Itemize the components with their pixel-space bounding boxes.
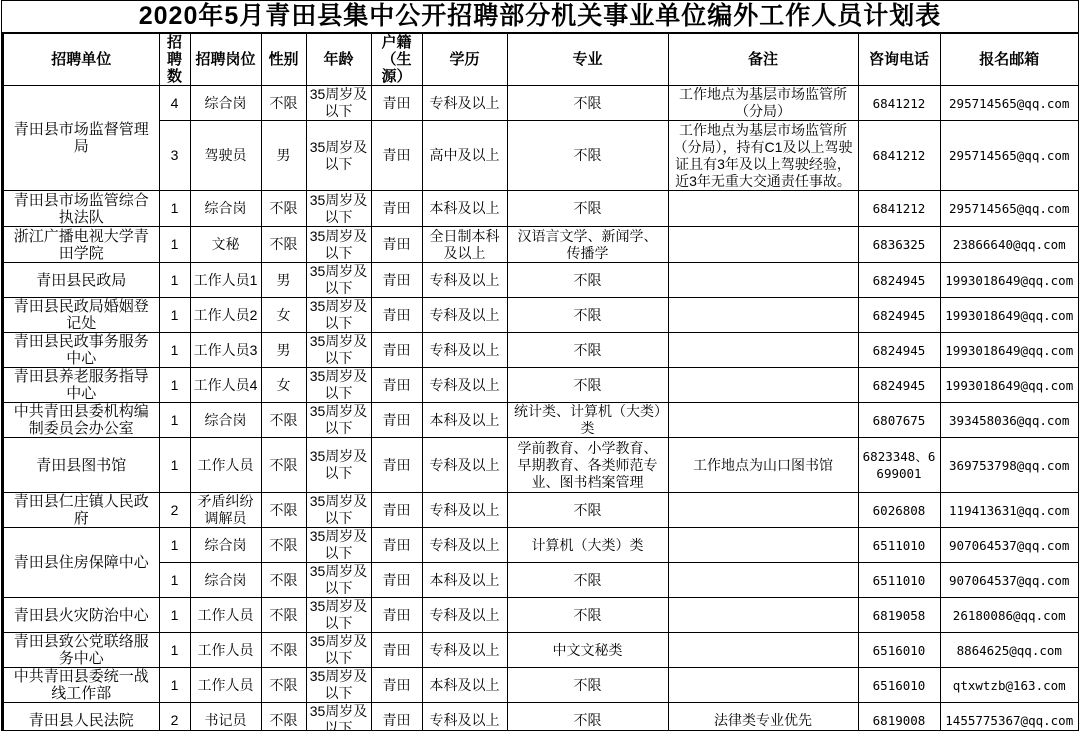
cell-age: 35周岁及以下: [306, 633, 371, 668]
cell-email: 8864625@qq.com: [940, 633, 1079, 668]
cell-education: 专科及以上: [422, 438, 507, 493]
cell-remark: [668, 598, 858, 633]
cell-phone: 6841212: [858, 191, 940, 227]
cell-count: 3: [159, 121, 190, 191]
cell-major: 不限: [507, 86, 668, 121]
cell-age: 35周岁及以下: [306, 598, 371, 633]
cell-unit: 青田县市场监督管理局: [3, 86, 159, 191]
col-header-age: 年龄: [306, 33, 371, 86]
cell-remark: 法律类专业优先: [668, 703, 858, 732]
cell-education: 本科及以上: [422, 563, 507, 598]
table-row: 青田县致公党联络服务中心 1 工作人员 不限 35周岁及以下 青田 专科及以上 …: [3, 633, 1079, 668]
cell-age: 35周岁及以下: [306, 121, 371, 191]
cell-major: 计算机（大类）类: [507, 528, 668, 563]
cell-unit: 青田县致公党联络服务中心: [3, 633, 159, 668]
table-row: 中共青田县委统一战线工作部 1 工作人员 不限 35周岁及以下 青田 本科及以上…: [3, 668, 1079, 703]
cell-count: 1: [159, 333, 190, 368]
cell-education: 专科及以上: [422, 528, 507, 563]
cell-position: 驾驶员: [190, 121, 261, 191]
cell-position: 工作人员4: [190, 368, 261, 403]
cell-count: 2: [159, 493, 190, 528]
cell-gender: 不限: [261, 598, 306, 633]
cell-education: 专科及以上: [422, 86, 507, 121]
cell-gender: 不限: [261, 633, 306, 668]
cell-gender: 不限: [261, 86, 306, 121]
cell-registration: 青田: [371, 563, 422, 598]
cell-age: 35周岁及以下: [306, 191, 371, 227]
cell-remark: 工作地点为基层市场监管所（分局）: [668, 86, 858, 121]
cell-remark: [668, 528, 858, 563]
recruitment-table: 招聘单位 招聘数 招聘岗位 性别 年龄 户籍（生源） 学历 专业 备注 咨询电话…: [2, 32, 1079, 731]
page-title: 2020年5月青田县集中公开招聘部分机关事业单位编外工作人员计划表: [2, 1, 1078, 32]
col-header-remark: 备注: [668, 33, 858, 86]
cell-phone: 6819058: [858, 598, 940, 633]
cell-major: 不限: [507, 121, 668, 191]
col-header-registration: 户籍（生源）: [371, 33, 422, 86]
cell-position: 综合岗: [190, 403, 261, 438]
cell-phone: 6511010: [858, 528, 940, 563]
cell-unit: 浙江广播电视大学青田学院: [3, 227, 159, 263]
cell-age: 35周岁及以下: [306, 563, 371, 598]
cell-major: 不限: [507, 598, 668, 633]
table-row: 青田县市场监管综合执法队 1 综合岗 不限 35周岁及以下 青田 本科及以上 不…: [3, 191, 1079, 227]
cell-gender: 男: [261, 333, 306, 368]
cell-count: 1: [159, 227, 190, 263]
cell-position: 工作人员3: [190, 333, 261, 368]
cell-unit: 青田县图书馆: [3, 438, 159, 493]
cell-phone: 6026808: [858, 493, 940, 528]
cell-education: 专科及以上: [422, 263, 507, 298]
cell-phone: 6841212: [858, 86, 940, 121]
cell-position: 工作人员: [190, 438, 261, 493]
cell-position: 书记员: [190, 703, 261, 732]
table-row: 青田县民政事务服务中心 1 工作人员3 男 35周岁及以下 青田 专科及以上 不…: [3, 333, 1079, 368]
cell-major: 不限: [507, 563, 668, 598]
cell-count: 1: [159, 668, 190, 703]
cell-gender: 不限: [261, 493, 306, 528]
table-row: 青田县住房保障中心 1 综合岗 不限 35周岁及以下 青田 专科及以上 计算机（…: [3, 528, 1079, 563]
cell-email: 907064537@qq.com: [940, 563, 1079, 598]
cell-remark: 工作地点为基层市场监管所（分局），持有C1及以上驾驶证且有3年及以上驾驶经验，近…: [668, 121, 858, 191]
cell-major: 不限: [507, 263, 668, 298]
table-row: 3 驾驶员 男 35周岁及以下 青田 高中及以上 不限 工作地点为基层市场监管所…: [3, 121, 1079, 191]
cell-registration: 青田: [371, 121, 422, 191]
cell-remark: [668, 563, 858, 598]
cell-registration: 青田: [371, 528, 422, 563]
cell-gender: 女: [261, 368, 306, 403]
cell-registration: 青田: [371, 86, 422, 121]
table-row: 青田县民政局 1 工作人员1 男 35周岁及以下 青田 专科及以上 不限 682…: [3, 263, 1079, 298]
col-header-count: 招聘数: [159, 33, 190, 86]
cell-age: 35周岁及以下: [306, 403, 371, 438]
cell-email: 295714565@qq.com: [940, 191, 1079, 227]
cell-position: 综合岗: [190, 86, 261, 121]
cell-remark: [668, 633, 858, 668]
col-header-unit: 招聘单位: [3, 33, 159, 86]
cell-registration: 青田: [371, 493, 422, 528]
cell-email: 119413631@qq.com: [940, 493, 1079, 528]
cell-registration: 青田: [371, 191, 422, 227]
table-row: 中共青田县委机构编制委员会办公室 1 综合岗 不限 35周岁及以下 青田 本科及…: [3, 403, 1079, 438]
col-header-education: 学历: [422, 33, 507, 86]
cell-education: 高中及以上: [422, 121, 507, 191]
cell-phone: 6824945: [858, 298, 940, 333]
cell-gender: 不限: [261, 403, 306, 438]
cell-phone: 6836325: [858, 227, 940, 263]
cell-unit: 青田县仁庄镇人民政府: [3, 493, 159, 528]
cell-education: 本科及以上: [422, 403, 507, 438]
cell-position: 综合岗: [190, 528, 261, 563]
cell-registration: 青田: [371, 263, 422, 298]
cell-age: 35周岁及以下: [306, 368, 371, 403]
cell-remark: [668, 333, 858, 368]
cell-phone: 6819008: [858, 703, 940, 732]
cell-email: 23866640@qq.com: [940, 227, 1079, 263]
cell-registration: 青田: [371, 333, 422, 368]
cell-age: 35周岁及以下: [306, 528, 371, 563]
cell-education: 专科及以上: [422, 298, 507, 333]
cell-unit: 青田县养老服务指导中心: [3, 368, 159, 403]
col-header-gender: 性别: [261, 33, 306, 86]
cell-email: 1455775367@qq.com: [940, 703, 1079, 732]
col-header-phone: 咨询电话: [858, 33, 940, 86]
cell-age: 35周岁及以下: [306, 438, 371, 493]
cell-unit: 青田县火灾防治中心: [3, 598, 159, 633]
cell-remark: [668, 298, 858, 333]
cell-phone: 6824945: [858, 263, 940, 298]
cell-unit: 青田县市场监管综合执法队: [3, 191, 159, 227]
cell-registration: 青田: [371, 368, 422, 403]
cell-major: 不限: [507, 668, 668, 703]
cell-education: 专科及以上: [422, 633, 507, 668]
cell-gender: 男: [261, 263, 306, 298]
cell-registration: 青田: [371, 703, 422, 732]
cell-gender: 不限: [261, 438, 306, 493]
cell-major: 统计类、计算机（大类）类: [507, 403, 668, 438]
cell-count: 4: [159, 86, 190, 121]
cell-registration: 青田: [371, 438, 422, 493]
cell-education: 本科及以上: [422, 668, 507, 703]
cell-age: 35周岁及以下: [306, 263, 371, 298]
cell-age: 35周岁及以下: [306, 493, 371, 528]
table-row: 1 综合岗 不限 35周岁及以下 青田 本科及以上 不限 6511010 907…: [3, 563, 1079, 598]
cell-unit: 中共青田县委机构编制委员会办公室: [3, 403, 159, 438]
cell-unit: 青田县民政局: [3, 263, 159, 298]
cell-registration: 青田: [371, 668, 422, 703]
cell-position: 工作人员: [190, 598, 261, 633]
cell-email: 1993018649@qq.com: [940, 333, 1079, 368]
table-row: 青田县图书馆 1 工作人员 不限 35周岁及以下 青田 专科及以上 学前教育、小…: [3, 438, 1079, 493]
table-row: 青田县火灾防治中心 1 工作人员 不限 35周岁及以下 青田 专科及以上 不限 …: [3, 598, 1079, 633]
cell-education: 专科及以上: [422, 368, 507, 403]
cell-major: 不限: [507, 493, 668, 528]
table-row: 青田县人民法院 2 书记员 不限 35周岁及以下 青田 专科及以上 不限 法律类…: [3, 703, 1079, 732]
cell-position: 工作人员: [190, 668, 261, 703]
cell-phone: 6516010: [858, 668, 940, 703]
cell-count: 2: [159, 703, 190, 732]
cell-major: 不限: [507, 298, 668, 333]
cell-gender: 不限: [261, 227, 306, 263]
cell-registration: 青田: [371, 227, 422, 263]
cell-remark: 工作地点为山口图书馆: [668, 438, 858, 493]
cell-major: 学前教育、小学教育、早期教育、各类师范专业、图书档案管理: [507, 438, 668, 493]
cell-age: 35周岁及以下: [306, 86, 371, 121]
cell-gender: 不限: [261, 668, 306, 703]
table-row: 青田县市场监督管理局 4 综合岗 不限 35周岁及以下 青田 专科及以上 不限 …: [3, 86, 1079, 121]
cell-email: 295714565@qq.com: [940, 86, 1079, 121]
cell-phone: 6824945: [858, 333, 940, 368]
cell-remark: [668, 263, 858, 298]
col-header-position: 招聘岗位: [190, 33, 261, 86]
cell-registration: 青田: [371, 598, 422, 633]
cell-phone: 6841212: [858, 121, 940, 191]
cell-gender: 不限: [261, 191, 306, 227]
cell-count: 1: [159, 598, 190, 633]
cell-position: 工作人员1: [190, 263, 261, 298]
cell-remark: [668, 668, 858, 703]
cell-count: 1: [159, 528, 190, 563]
cell-age: 35周岁及以下: [306, 333, 371, 368]
cell-education: 全日制本科及以上: [422, 227, 507, 263]
cell-age: 35周岁及以下: [306, 227, 371, 263]
cell-remark: [668, 191, 858, 227]
cell-email: 295714565@qq.com: [940, 121, 1079, 191]
cell-count: 1: [159, 438, 190, 493]
cell-count: 1: [159, 368, 190, 403]
cell-count: 1: [159, 263, 190, 298]
cell-position: 矛盾纠纷调解员: [190, 493, 261, 528]
cell-phone: 6823348、6699001: [858, 438, 940, 493]
cell-registration: 青田: [371, 298, 422, 333]
cell-remark: [668, 227, 858, 263]
cell-email: 907064537@qq.com: [940, 528, 1079, 563]
cell-age: 35周岁及以下: [306, 668, 371, 703]
cell-age: 35周岁及以下: [306, 703, 371, 732]
cell-unit: 青田县人民法院: [3, 703, 159, 732]
cell-email: 1993018649@qq.com: [940, 368, 1079, 403]
cell-count: 1: [159, 191, 190, 227]
col-header-major: 专业: [507, 33, 668, 86]
cell-email: 26180086@qq.com: [940, 598, 1079, 633]
cell-major: 汉语言文学、新闻学、传播学: [507, 227, 668, 263]
cell-major: 不限: [507, 368, 668, 403]
cell-position: 工作人员2: [190, 298, 261, 333]
cell-education: 本科及以上: [422, 191, 507, 227]
cell-gender: 女: [261, 298, 306, 333]
cell-phone: 6516010: [858, 633, 940, 668]
cell-gender: 男: [261, 121, 306, 191]
cell-position: 综合岗: [190, 563, 261, 598]
cell-major: 不限: [507, 703, 668, 732]
cell-unit: 青田县民政事务服务中心: [3, 333, 159, 368]
cell-education: 专科及以上: [422, 598, 507, 633]
cell-education: 专科及以上: [422, 493, 507, 528]
cell-unit: 青田县住房保障中心: [3, 528, 159, 598]
header-row: 招聘单位 招聘数 招聘岗位 性别 年龄 户籍（生源） 学历 专业 备注 咨询电话…: [3, 33, 1079, 86]
cell-gender: 不限: [261, 563, 306, 598]
table-row: 浙江广播电视大学青田学院 1 文秘 不限 35周岁及以下 青田 全日制本科及以上…: [3, 227, 1079, 263]
cell-count: 1: [159, 633, 190, 668]
cell-major: 不限: [507, 333, 668, 368]
table-row: 青田县养老服务指导中心 1 工作人员4 女 35周岁及以下 青田 专科及以上 不…: [3, 368, 1079, 403]
cell-remark: [668, 368, 858, 403]
cell-email: 1993018649@qq.com: [940, 298, 1079, 333]
cell-count: 1: [159, 298, 190, 333]
table-row: 青田县仁庄镇人民政府 2 矛盾纠纷调解员 不限 35周岁及以下 青田 专科及以上…: [3, 493, 1079, 528]
cell-gender: 不限: [261, 528, 306, 563]
cell-count: 1: [159, 403, 190, 438]
cell-position: 文秘: [190, 227, 261, 263]
cell-unit: 中共青田县委统一战线工作部: [3, 668, 159, 703]
cell-unit: 青田县民政局婚姻登记处: [3, 298, 159, 333]
cell-email: 1993018649@qq.com: [940, 263, 1079, 298]
col-header-email: 报名邮箱: [940, 33, 1079, 86]
cell-remark: [668, 493, 858, 528]
cell-remark: [668, 403, 858, 438]
cell-phone: 6807675: [858, 403, 940, 438]
table-row: 青田县民政局婚姻登记处 1 工作人员2 女 35周岁及以下 青田 专科及以上 不…: [3, 298, 1079, 333]
cell-position: 综合岗: [190, 191, 261, 227]
cell-phone: 6824945: [858, 368, 940, 403]
cell-education: 专科及以上: [422, 333, 507, 368]
cell-major: 不限: [507, 191, 668, 227]
cell-email: 369753798@qq.com: [940, 438, 1079, 493]
cell-age: 35周岁及以下: [306, 298, 371, 333]
cell-registration: 青田: [371, 633, 422, 668]
cell-count: 1: [159, 563, 190, 598]
document-page: 2020年5月青田县集中公开招聘部分机关事业单位编外工作人员计划表 招聘单位 招…: [1, 0, 1079, 731]
cell-gender: 不限: [261, 703, 306, 732]
cell-education: 专科及以上: [422, 703, 507, 732]
cell-major: 中文文秘类: [507, 633, 668, 668]
cell-registration: 青田: [371, 403, 422, 438]
cell-email: qtxwtzb@163.com: [940, 668, 1079, 703]
cell-email: 393458036@qq.com: [940, 403, 1079, 438]
cell-phone: 6511010: [858, 563, 940, 598]
cell-position: 工作人员: [190, 633, 261, 668]
